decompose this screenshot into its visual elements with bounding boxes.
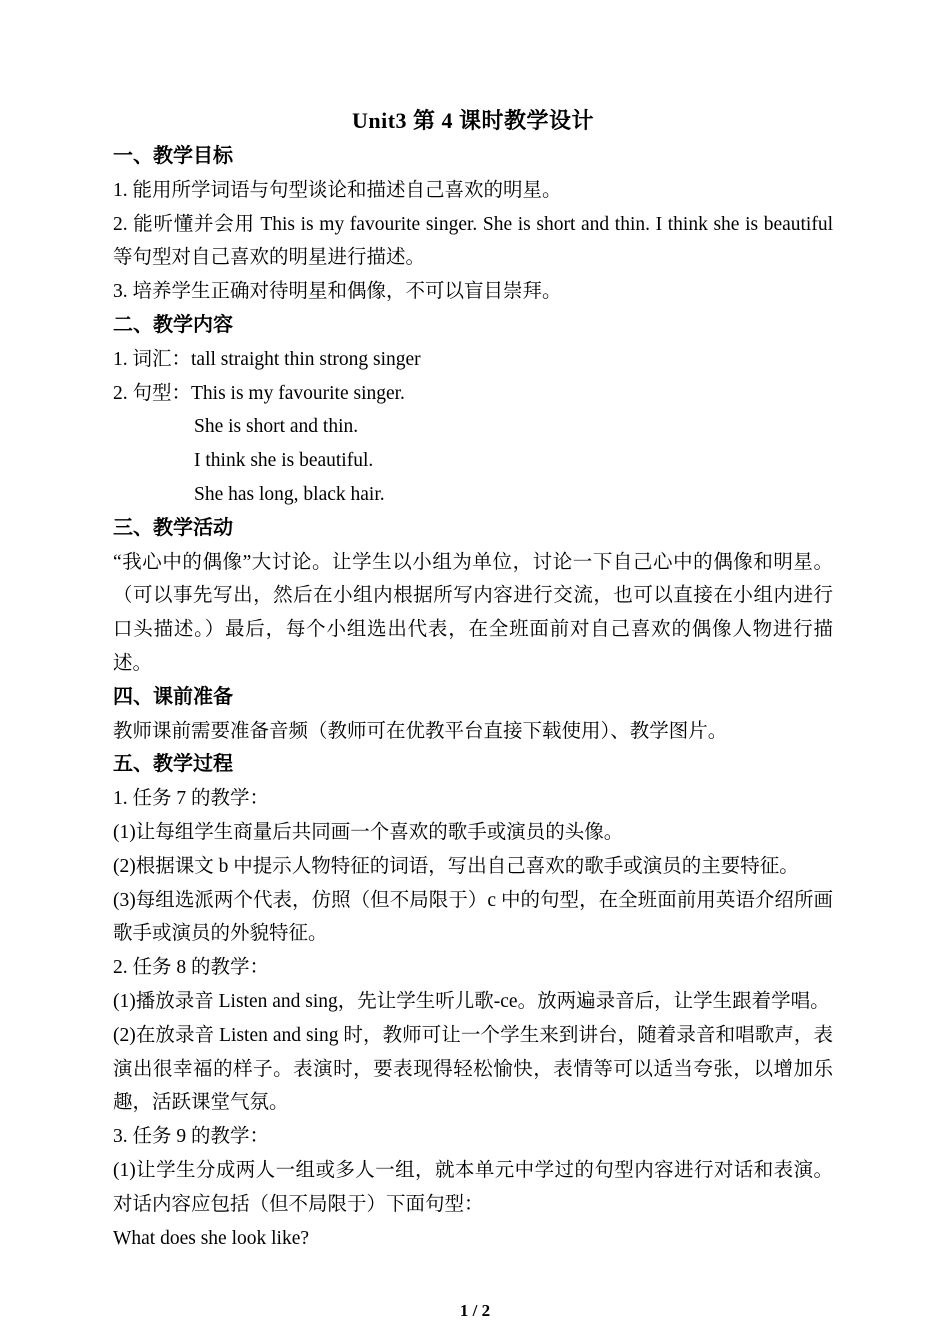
paragraph: 2. 任务 8 的教学：: [113, 951, 833, 985]
paragraph: (1)播放录音 Listen and sing，先让学生听儿歌-ce。放两遍录音…: [113, 985, 833, 1019]
paragraph: What does she look like?: [113, 1222, 833, 1256]
paragraph: “我心中的偶像”大讨论。让学生以小组为单位，讨论一下自己心中的偶像和明星。（可以…: [113, 546, 833, 681]
page-number: 1 / 2: [0, 1300, 950, 1322]
paragraph: (1)让学生分成两人一组或多人一组，就本单元中学过的句型内容进行对话和表演。对话…: [113, 1154, 833, 1222]
section-heading-process: 五、教学过程: [113, 748, 833, 782]
document-body: Unit3 第 4 课时教学设计 一、教学目标 1. 能用所学词语与句型谈论和描…: [113, 102, 833, 1255]
sentence-line: She has long, black hair.: [113, 478, 833, 512]
document-page: Unit3 第 4 课时教学设计 一、教学目标 1. 能用所学词语与句型谈论和描…: [0, 0, 950, 1344]
paragraph: (1)让每组学生商量后共同画一个喜欢的歌手或演员的头像。: [113, 816, 833, 850]
section-heading-objectives: 一、教学目标: [113, 140, 833, 174]
paragraph: 3. 任务 9 的教学：: [113, 1120, 833, 1154]
paragraph: 3. 培养学生正确对待明星和偶像，不可以盲目崇拜。: [113, 275, 833, 309]
section-heading-preparation: 四、课前准备: [113, 681, 833, 715]
paragraph: 1. 能用所学词语与句型谈论和描述自己喜欢的明星。: [113, 174, 833, 208]
paragraph: 教师课前需要准备音频（教师可在优教平台直接下载使用）、教学图片。: [113, 715, 833, 749]
paragraph: 2. 能听懂并会用 This is my favourite singer. S…: [113, 208, 833, 276]
document-title: Unit3 第 4 课时教学设计: [113, 102, 833, 140]
section-heading-content: 二、教学内容: [113, 309, 833, 343]
section-heading-activities: 三、教学活动: [113, 512, 833, 546]
paragraph: 1. 任务 7 的教学：: [113, 782, 833, 816]
sentence-line: I think she is beautiful.: [113, 444, 833, 478]
paragraph: (2)根据课文 b 中提示人物特征的词语，写出自己喜欢的歌手或演员的主要特征。: [113, 850, 833, 884]
paragraph: (2)在放录音 Listen and sing 时，教师可让一个学生来到讲台，随…: [113, 1019, 833, 1120]
paragraph: 2. 句型：This is my favourite singer.: [113, 377, 833, 411]
paragraph: 1. 词汇：tall straight thin strong singer: [113, 343, 833, 377]
paragraph: (3)每组选派两个代表，仿照（但不局限于）c 中的句型，在全班面前用英语介绍所画…: [113, 884, 833, 952]
sentence-line: She is short and thin.: [113, 410, 833, 444]
